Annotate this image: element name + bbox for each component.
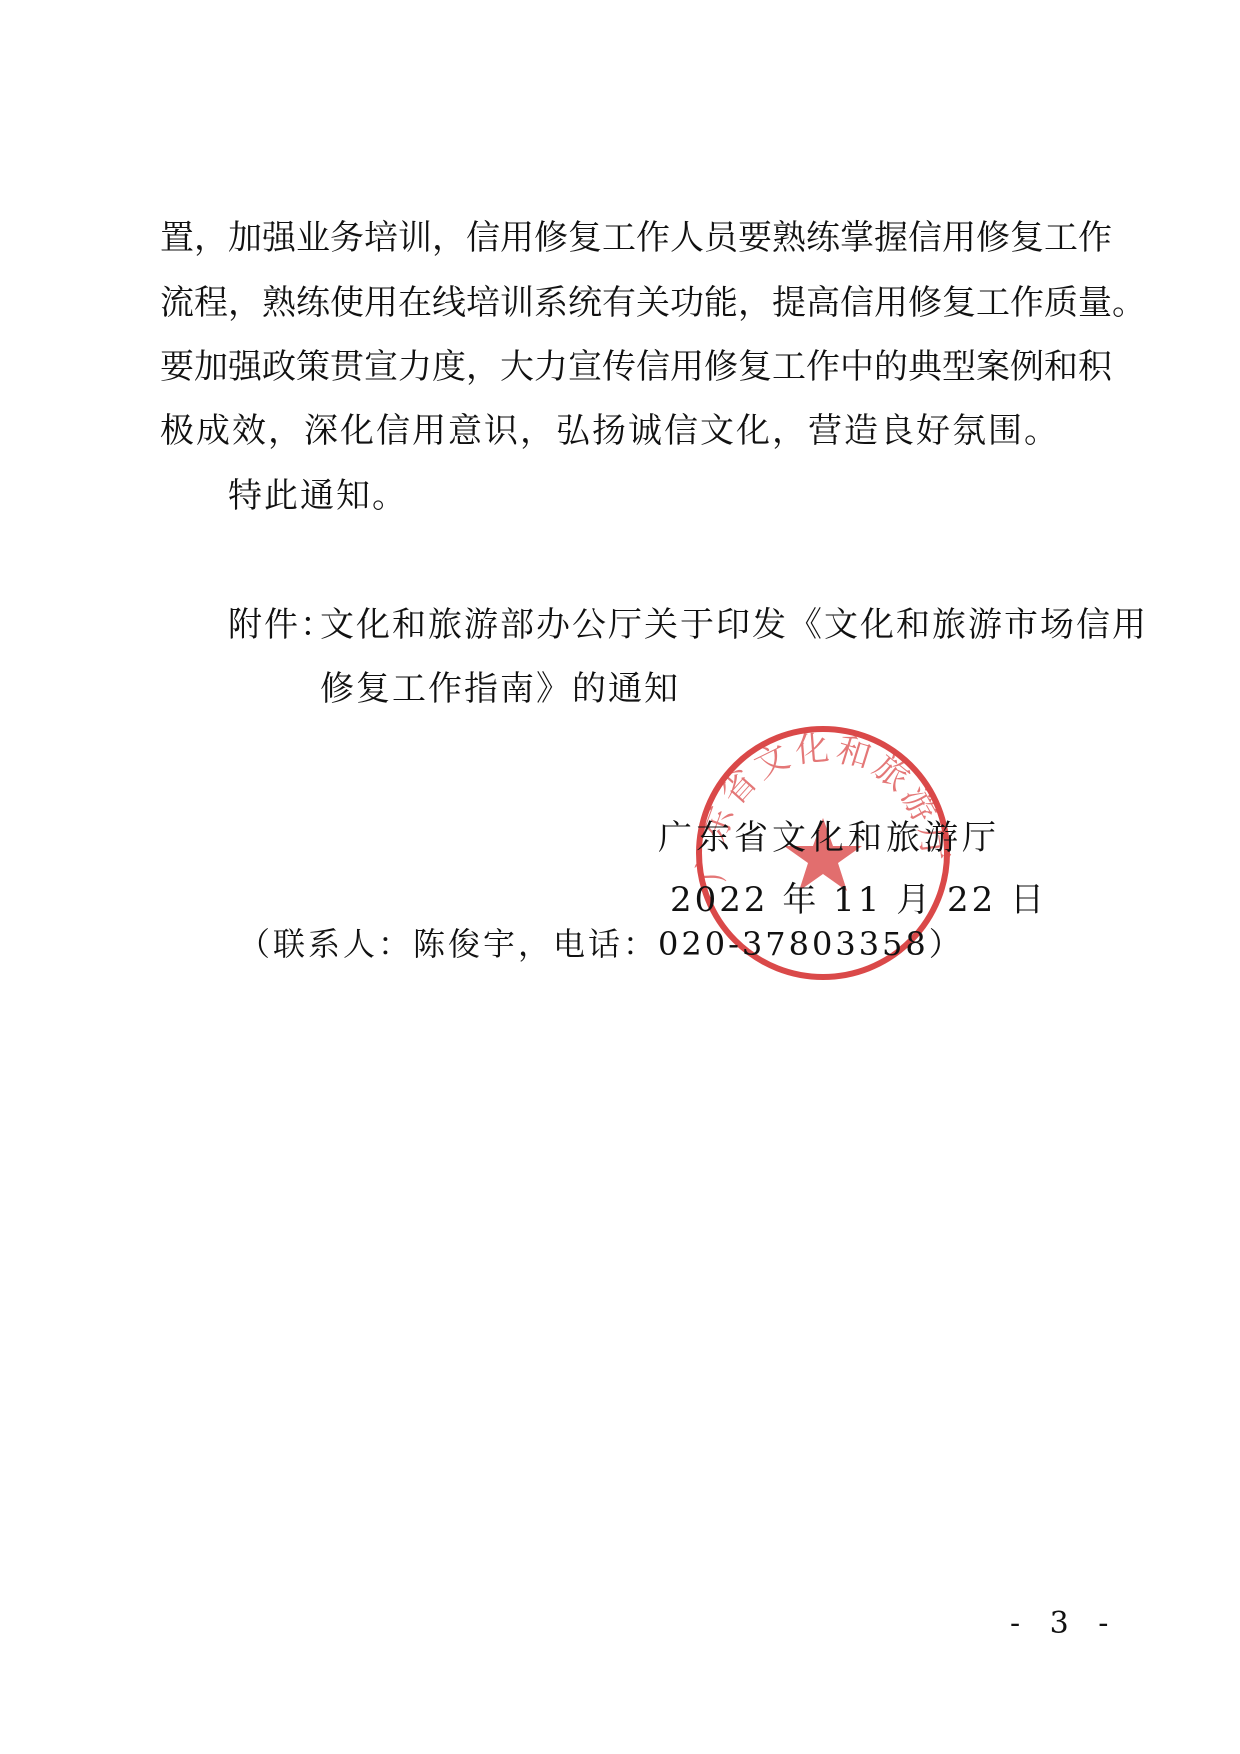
body-line-2: 流程，熟练使用在线培训系统有关功能，提高信用修复工作质量。 xyxy=(160,283,1090,323)
document-page: 置，加强业务培训，信用修复工作人员要熟练掌握信用修复工作 流程，熟练使用在线培训… xyxy=(0,0,1240,1754)
body-line-3: 要加强政策贯宣力度，大力宣传信用修复工作中的典型案例和积 xyxy=(160,347,1090,387)
attachment-title-line-2: 修复工作指南》的通知 xyxy=(320,669,680,709)
body-line-4: 极成效，深化信用意识，弘扬诚信文化，营造良好氛围。 xyxy=(160,411,1060,451)
signature-date: 2022 年 11 月 22 日 xyxy=(670,880,1047,920)
contact-info: （联系人：陈俊宇，电话：020-37803358） xyxy=(238,924,964,964)
body-line-1: 置，加强业务培训，信用修复工作人员要熟练掌握信用修复工作 xyxy=(160,218,1090,258)
page-number: - 3 - xyxy=(1010,1604,1118,1644)
closing-text: 特此通知。 xyxy=(228,476,408,516)
signature-organization: 广东省文化和旅游厅 xyxy=(658,818,1000,858)
seal-arc-text: 广东省文化和旅游厅 xyxy=(692,728,954,883)
attachment-title-line-1: 文化和旅游部办公厅关于印发《文化和旅游市场信用 xyxy=(320,605,1148,645)
